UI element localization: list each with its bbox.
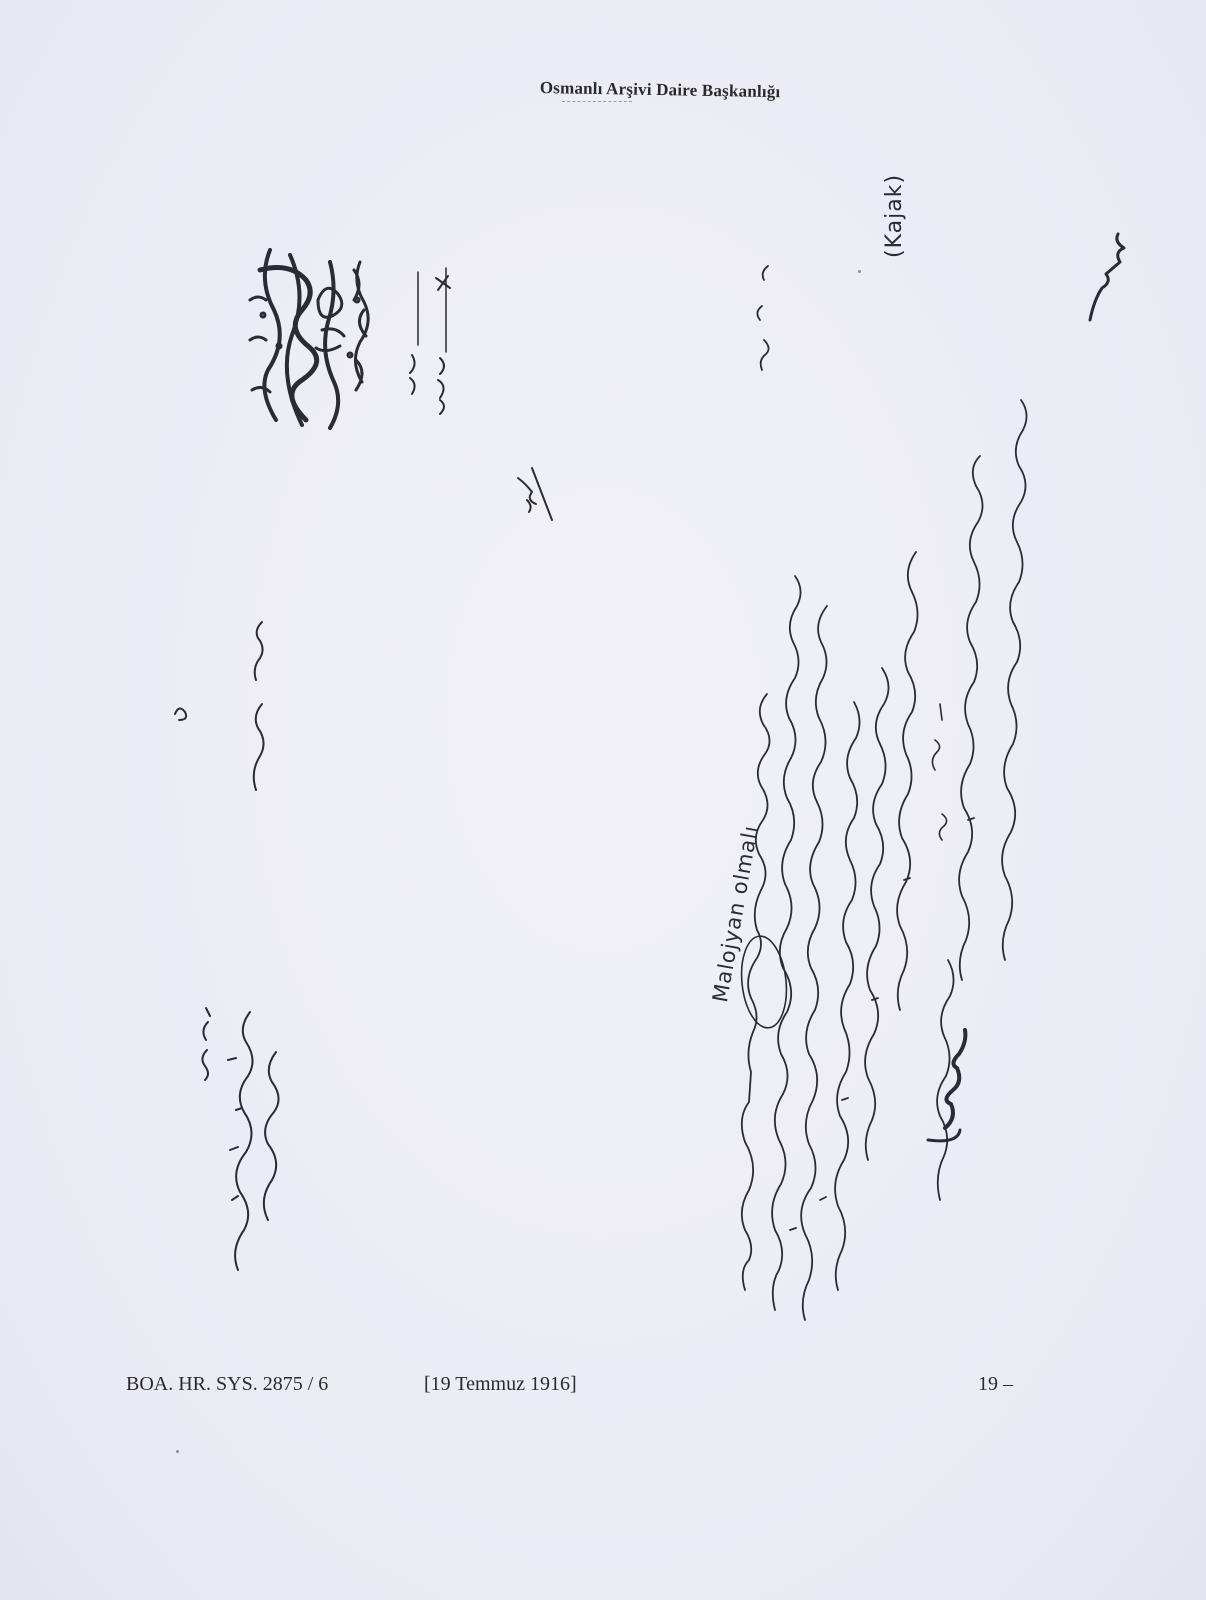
header-underline [562,101,632,103]
circled-word-icon [737,934,790,1030]
signature-mark-icon [928,234,1124,1141]
scanned-document-page: Osmanlı Arşivi Daire Başkanlığı [0,0,1206,1600]
handwriting-layer [0,0,1206,1600]
address-block-handwriting [175,622,279,1270]
manuscript-body [742,266,1027,1320]
signature-mark-icon [518,468,552,520]
archive-header: Osmanlı Arşivi Daire Başkanlığı [540,78,781,102]
marginal-note-malojyan: Malojyan olmalı [708,823,763,1004]
scan-speck [858,270,861,273]
annotation-marks [932,704,946,840]
document-date: [19 Temmuz 1916] [424,1373,577,1396]
page-number: 19 – [978,1373,1013,1396]
scan-speck [176,1450,179,1453]
archive-reference: BOA. HR. SYS. 2875 / 6 [126,1373,328,1396]
calligraphic-seal-icon [250,250,450,428]
marginal-note-kajak: (Kajak) [882,174,907,258]
